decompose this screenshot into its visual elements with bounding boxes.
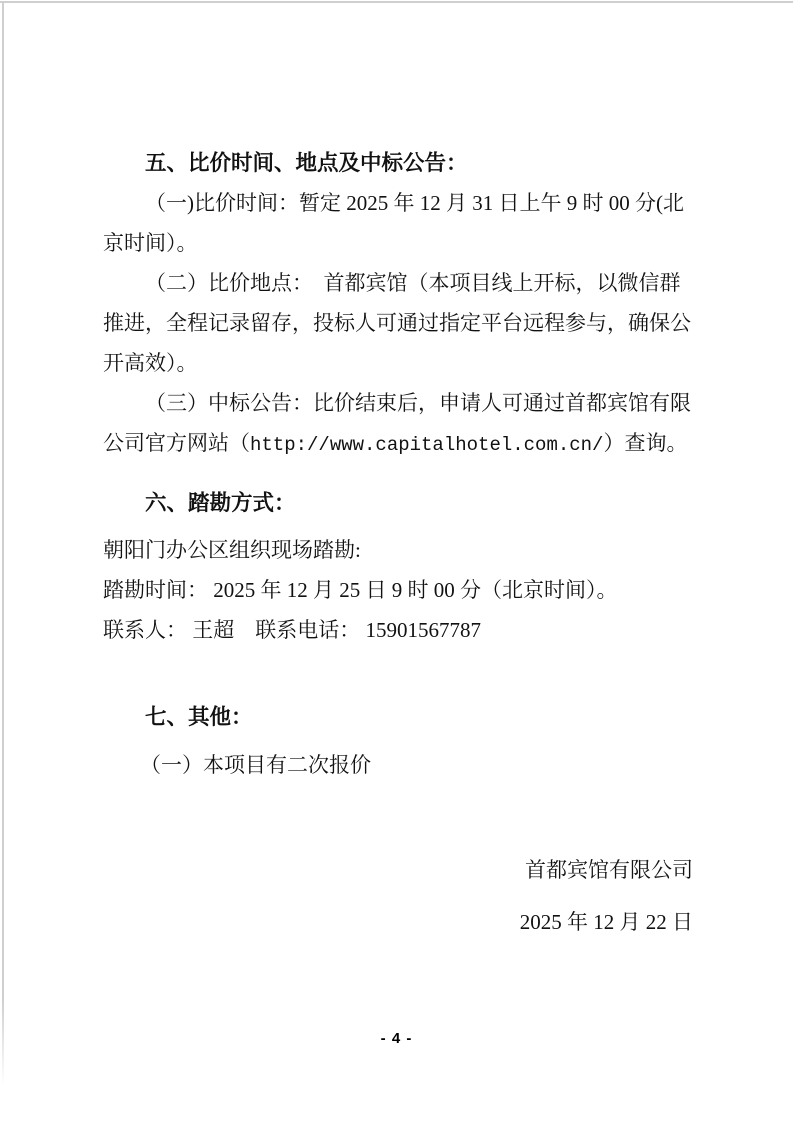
section-5-item-3-line-2: 公司官方网站（http://www.capitalhotel.com.cn/）查… <box>103 423 693 465</box>
section-5-item-2-line-3: 开高效）。 <box>103 343 693 383</box>
section-5-item-1-line-1: （一)比价时间：暂定 2025 年 12 月 31 日上午 9 时 00 分(北 <box>103 183 693 223</box>
document-page: 五、比价时间、地点及中标公告： （一)比价时间：暂定 2025 年 12 月 3… <box>0 0 793 1121</box>
section-5-item-2-line-1: （二）比价地点： 首都宾馆（本项目线上开标，以微信群 <box>103 263 693 303</box>
website-text-prefix: 公司官方网站（ <box>103 431 250 455</box>
section-5-item-3-line-1: （三）中标公告：比价结束后，申请人可通过首都宾馆有限 <box>103 383 693 423</box>
signature-company: 首都宾馆有限公司 <box>103 850 693 890</box>
website-url: http://www.capitalhotel.com.cn/ <box>250 434 603 456</box>
section-7-heading: 七、其他： <box>103 697 693 737</box>
page-number: - 4 - <box>381 1030 413 1047</box>
section-6-heading: 六、踏勘方式： <box>103 483 693 523</box>
section-7-item-1: （一）本项目有二次报价 <box>103 745 693 785</box>
page-left-border <box>2 1 4 1086</box>
document-body: 五、比价时间、地点及中标公告： （一)比价时间：暂定 2025 年 12 月 3… <box>103 143 693 942</box>
survey-location-line: 朝阳门办公区组织现场踏勘: <box>103 530 693 570</box>
survey-time-line: 踏勘时间： 2025 年 12 月 25 日 9 时 00 分（北京时间）。 <box>103 570 693 610</box>
signature-date: 2025 年 12 月 22 日 <box>103 902 693 942</box>
contact-line: 联系人： 王超 联系电话： 15901567787 <box>103 610 693 650</box>
page-footer: - 4 - <box>0 1030 793 1048</box>
website-text-suffix: ）查询。 <box>603 431 687 455</box>
section-5-heading: 五、比价时间、地点及中标公告： <box>103 143 693 183</box>
section-5-item-2-line-2: 推进，全程记录留存，投标人可通过指定平台远程参与，确保公 <box>103 303 693 343</box>
page-top-border <box>0 1 793 3</box>
section-5-item-1-line-2: 京时间）。 <box>103 223 693 263</box>
